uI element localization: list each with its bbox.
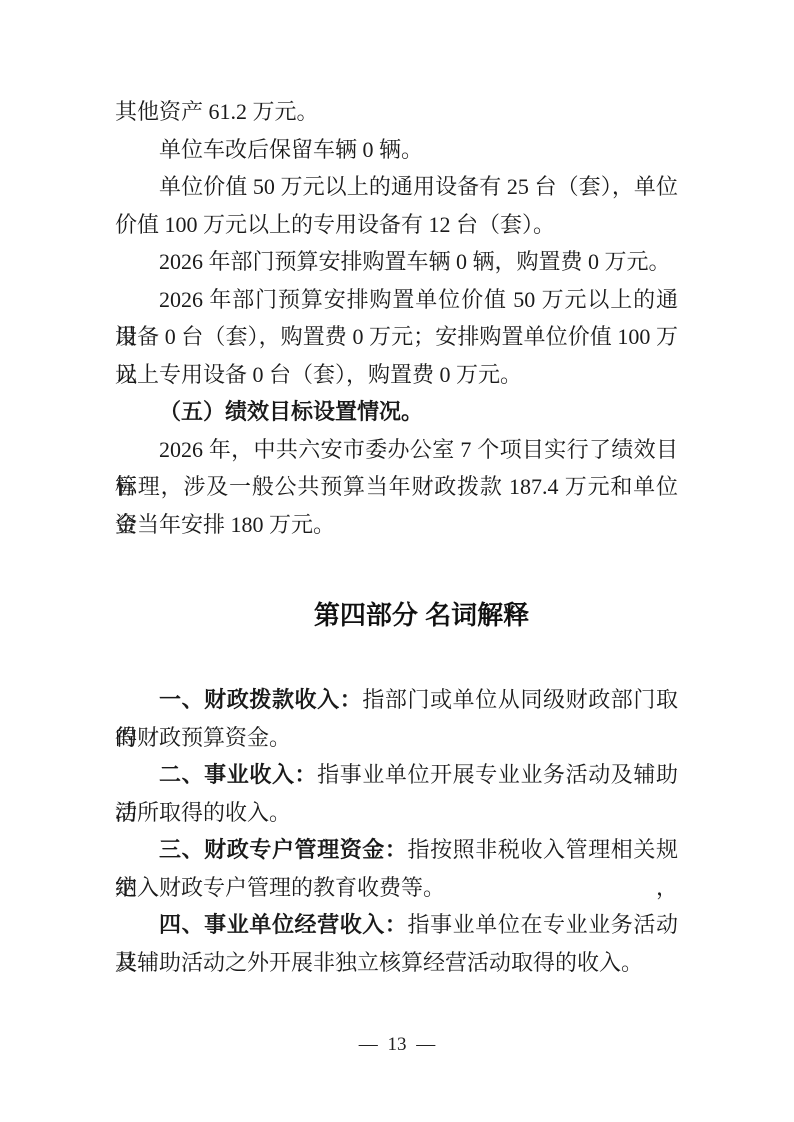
definition-line: 三、财政专户管理资金：指按照非税收入管理相关规定， — [115, 831, 678, 869]
definition-line: 其辅助活动之外开展非独立核算经营活动取得的收入。 — [115, 944, 678, 982]
body-line: 单位车改后保留车辆 0 辆。 — [115, 131, 678, 169]
line-text: 纳入财政专户管理的教育收费等。 — [115, 875, 445, 900]
line-text: 单位车改后保留车辆 0 辆。 — [159, 137, 423, 162]
body-line: 管理，涉及一般公共预算当年财政拨款 187.4 万元和单位资 — [115, 468, 678, 506]
line-text: 以上专用设备 0 台（套），购置费 0 万元。 — [115, 362, 522, 387]
line-text: 其他资产 61.2 万元。 — [115, 99, 319, 124]
page-number: — 13 — — [0, 1032, 794, 1058]
term-name-bold: 三、财政专户管理资金： — [159, 837, 408, 862]
term-name-bold: 二、事业收入： — [159, 762, 317, 787]
body-line: 价值 100 万元以上的专用设备有 12 台（套）。 — [115, 206, 678, 244]
line-text: 2026 年部门预算安排购置车辆 0 辆，购置费 0 万元。 — [159, 249, 671, 274]
subsection-title-line: （五）绩效目标设置情况。 — [115, 393, 678, 431]
body-line: 单位价值 50 万元以上的通用设备有 25 台（套），单位 — [115, 168, 678, 206]
definition-line: 的财政预算资金。 — [115, 719, 678, 757]
line-lead-bold: （五）绩效目标设置情况。 — [159, 399, 423, 424]
definition-line: 动所取得的收入。 — [115, 794, 678, 832]
definition-line: 二、事业收入：指事业单位开展专业业务活动及辅助活 — [115, 756, 678, 794]
page-content: 其他资产 61.2 万元。 单位车改后保留车辆 0 辆。 单位价值 50 万元以… — [115, 93, 678, 981]
body-line: 其他资产 61.2 万元。 — [115, 93, 678, 131]
body-line: 2026 年部门预算安排购置单位价值 50 万元以上的通用 — [115, 281, 678, 319]
body-line: 2026 年部门预算安排购置车辆 0 辆，购置费 0 万元。 — [115, 243, 678, 281]
line-text: 单位价值 50 万元以上的通用设备有 25 台（套），单位 — [159, 174, 678, 199]
body-line: 以上专用设备 0 台（套），购置费 0 万元。 — [115, 356, 678, 394]
term-name-bold: 一、财政拨款收入： — [159, 687, 362, 712]
line-text: 其辅助活动之外开展非独立核算经营活动取得的收入。 — [115, 950, 643, 975]
line-text: 的财政预算资金。 — [115, 725, 291, 750]
document-page: 其他资产 61.2 万元。 单位车改后保留车辆 0 辆。 单位价值 50 万元以… — [0, 0, 794, 1122]
body-line: 设备 0 台（套），购置费 0 万元；安排购置单位价值 100 万元 — [115, 318, 678, 356]
term-name-bold: 四、事业单位经营收入： — [159, 912, 408, 937]
body-line: 2026 年，中共六安市委办公室 7 个项目实行了绩效目标 — [115, 431, 678, 469]
definition-line: 一、财政拨款收入：指部门或单位从同级财政部门取得 — [115, 681, 678, 719]
body-line: 金当年安排 180 万元。 — [115, 506, 678, 544]
section-heading: 第四部分 名词解释 — [140, 595, 703, 635]
line-text: 动所取得的收入。 — [115, 800, 291, 825]
definition-line: 四、事业单位经营收入：指事业单位在专业业务活动及 — [115, 906, 678, 944]
line-text: 金当年安排 180 万元。 — [115, 512, 335, 537]
line-text: 价值 100 万元以上的专用设备有 12 台（套）。 — [115, 212, 555, 237]
